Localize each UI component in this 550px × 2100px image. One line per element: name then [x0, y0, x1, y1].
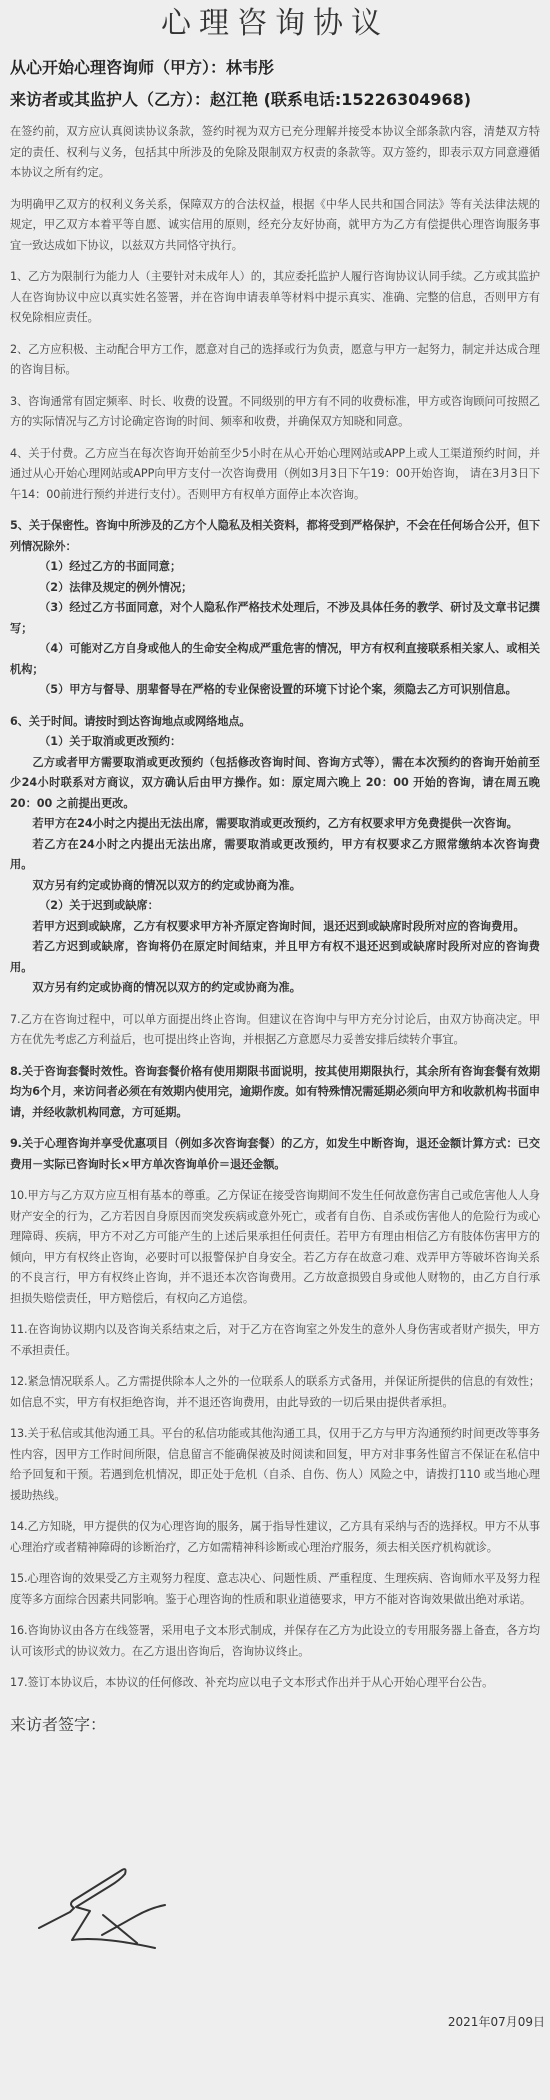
signing-date: 2021年07月09日	[448, 2013, 545, 2030]
clause-11: 11.在咨询协议期内以及咨询关系结束之后，对于乙方在咨询室之外发生的意外人身伤害…	[10, 1320, 540, 1361]
clause-7: 7.乙方在咨询过程中，可以单方面提出终止咨询。但建议在咨询中与甲方充分讨论后，由…	[10, 1010, 540, 1051]
clause-8: 8.关于咨询套餐时效性。咨询套餐价格有使用期限书面说明，按其使用期限执行，其余所…	[10, 1062, 540, 1124]
clause-5-item: （5）甲方与督导、朋辈督导在严格的专业保密设置的环境下讨论个案，须隐去乙方可识别…	[10, 680, 540, 701]
document-title: 心理咨询协议	[10, 0, 540, 50]
clause-6-sub2-text: 若乙方迟到或缺席，咨询将仍在原定时间结束，并且甲方有权不退还迟到或缺席时段所对应…	[10, 937, 540, 978]
clause-6-sub1-text: 若乙方在24小时之内提出无法出席，需要取消或更改预约，甲方有权要求乙方照常缴纳本…	[10, 835, 540, 876]
clause-5-item: （4）可能对乙方自身或他人的生命安全构成严重危害的情况，甲方有权利直接联系相关家…	[10, 639, 540, 680]
preamble-paragraph: 为明确甲乙双方的权利义务关系，保障双方的合法权益，根据《中华人民共和国合同法》等…	[10, 195, 540, 257]
intro-paragraph: 在签约前，双方应认真阅读协议条款，签约时视为双方已充分理解并接受本协议全部条款内…	[10, 122, 540, 184]
clause-6-sub2-title: （2）关于迟到或缺席：	[10, 896, 540, 917]
party-b: 来访者或其监护人（乙方）：赵江艳 (联系电话:15226304968)	[10, 90, 540, 110]
clause-6-sub1-text: 若甲方在24小时之内提出无法出席，需要取消或更改预约，乙方有权要求甲方免费提供一…	[10, 814, 540, 835]
clause-10: 10.甲方与乙方双方应互相有基本的尊重。乙方保证在接受咨询期间不发生任何故意伤害…	[10, 1186, 540, 1309]
clause-9: 9.关于心理咨询并享受优惠项目（例如多次咨询套餐）的乙方，如发生中断咨询，退还金…	[10, 1134, 540, 1175]
party-a: 从心开始心理咨询师（甲方）：林韦彤	[10, 58, 540, 78]
clause-6-sub1-text: 双方另有约定或协商的情况以双方的约定或协商为准。	[10, 876, 540, 897]
agreement-document: 心理咨询协议 从心开始心理咨询师（甲方）：林韦彤 来访者或其监护人（乙方）：赵江…	[0, 0, 550, 2100]
clause-6-sub2-text: 双方另有约定或协商的情况以双方的约定或协商为准。	[10, 978, 540, 999]
clause-14: 14.乙方知晓，甲方提供的仅为心理咨询的服务，属于指导性建议，乙方具有采纳与否的…	[10, 1517, 540, 1558]
clause-6: 6、关于时间。请按时到达咨询地点或网络地点。 （1）关于取消或更改预约： 乙方或…	[10, 712, 540, 999]
clause-6-sub1-text: 乙方或者甲方需要取消或更改预约（包括修改咨询时间、咨询方式等），需在本次预约的咨…	[10, 753, 540, 815]
clause-15: 15.心理咨询的效果受乙方主观努力程度、意志决心、问题性质、严重程度、生理疾病、…	[10, 1569, 540, 1610]
clause-1: 1、乙方为限制行为能力人（主要针对未成年人）的，其应委托监护人履行咨询协议认同手…	[10, 267, 540, 329]
clause-13: 13.关于私信或其他沟通工具。平台的私信功能或其他沟通工具，仅用于乙方与甲方沟通…	[10, 1424, 540, 1506]
clause-4: 4、关于付费。乙方应当在每次咨询开始前至少5小时在从心开始心理网站或APP上或人…	[10, 444, 540, 506]
clause-5: 5、关于保密性。咨询中所涉及的乙方个人隐私及相关资料，都将受到严格保护，不会在任…	[10, 516, 540, 701]
clause-2: 2、乙方应积极、主动配合甲方工作，愿意对自己的选择或行为负责，愿意与甲方一起努力…	[10, 340, 540, 381]
clause-16: 16.咨询协议由各方在线签署，采用电子文本形式制成，并保存在乙方为此设立的专用服…	[10, 1621, 540, 1662]
clause-17: 17.签订本协议后，本协议的任何修改、补充均应以电子文本形式作出并于从心开始心理…	[10, 1673, 540, 1694]
signature-label: 来访者签字：	[10, 1714, 540, 1736]
clause-5-item: （2）法律及规定的例外情况；	[10, 578, 540, 599]
clause-6-sub2-text: 若甲方迟到或缺席，乙方有权要求甲方补齐原定咨询时间，退还迟到或缺席时段所对应的咨…	[10, 917, 540, 938]
clause-6-sub1-title: （1）关于取消或更改预约：	[10, 732, 540, 753]
clause-5-item: （1）经过乙方的书面同意；	[10, 557, 540, 578]
clause-6-lead: 6、关于时间。请按时到达咨询地点或网络地点。	[10, 712, 540, 733]
clause-5-lead: 5、关于保密性。咨询中所涉及的乙方个人隐私及相关资料，都将受到严格保护，不会在任…	[10, 516, 540, 557]
clause-5-item: （3）经过乙方书面同意，对个人隐私作严格技术处理后，不涉及具体任务的教学、研讨及…	[10, 598, 540, 639]
handwritten-signature-icon	[30, 1860, 180, 1960]
clause-3: 3、咨询通常有固定频率、时长、收费的设置。不同级别的甲方有不同的收费标准，甲方或…	[10, 392, 540, 433]
clause-12: 12.紧急情况联系人。乙方需提供除本人之外的一位联系人的联系方式备用，并保证所提…	[10, 1372, 540, 1413]
